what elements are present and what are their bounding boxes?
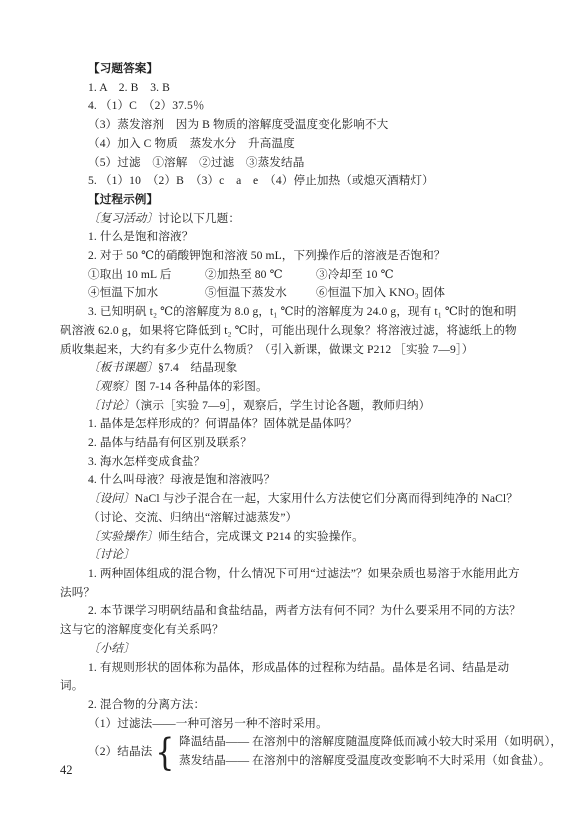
discuss2-item: 1. 两种固体组成的混合物，什么情况下可用“过滤法”？如果杂质也易溶于水能用此方…	[60, 565, 522, 602]
discuss2-item: 2. 本节课学习明矾结晶和食盐结晶，两者方法有何不同？为什么要采用不同的方法？这…	[60, 602, 522, 639]
separation-method-2: （2）结晶法 { 降温结晶—— 在溶剂中的溶解度随温度降低而减小较大时采用（如明…	[60, 733, 522, 770]
question2-options-row2: ④恒温下加水 ⑤恒温下蒸发水 ⑥恒温下加入 KNO₃ 固体	[60, 284, 522, 303]
review-question-3: 3. 已知明矾 t₂ ℃的溶解度为 8.0 g，t₁ ℃时的溶解度为 24.0 …	[60, 303, 522, 359]
answer-line: （4）加入 C 物质 蒸发水分 升高温度	[60, 135, 522, 154]
option-6: ⑥恒温下加入 KNO₃ 固体	[316, 284, 522, 303]
brace-glyph: {	[156, 734, 175, 771]
option-4: ④恒温下加水	[60, 284, 205, 303]
summary-label: 〔小结〕	[88, 642, 135, 655]
review-question-2: 2. 对于 50 ℃的硝酸钾饱和溶液 50 mL，下列操作后的溶液是否饱和？	[60, 247, 522, 266]
process-section-heading: 【过程示例】	[60, 191, 522, 210]
observe-line: 〔观察〕图 7-14 各种晶体的彩图。	[60, 378, 522, 397]
method2-item-cooling: 降温结晶—— 在溶剂中的溶解度随温度降低而减小较大时采用（如明矾），	[179, 733, 562, 752]
answer-line: （5）过滤 ①溶解 ②过滤 ③蒸发结晶	[60, 154, 522, 173]
discuss1-text: （演示［实验 7—9］，观察后，学生讨论各题，教师归纳）	[135, 399, 431, 412]
answer-line: （3）蒸发溶剂 因为 B 物质的溶解度受温度变化影响不大	[60, 116, 522, 135]
summary-line: 〔小结〕	[60, 640, 522, 659]
discuss1-item: 4. 什么叫母液？母液是饱和溶液吗？	[60, 471, 522, 490]
review-activity-text: 讨论以下几题：	[158, 212, 240, 225]
discuss2-label: 〔讨论〕	[88, 548, 135, 561]
experiment-line: 〔实验操作〕师生结合，完成课文 P214 的实验操作。	[60, 528, 522, 547]
board-topic-label: 〔板书课题〕	[88, 361, 158, 374]
discuss1-item: 1. 晶体是怎样形成的？何谓晶体？固体就是晶体吗？	[60, 415, 522, 434]
summary-item: 2. 混合物的分离方法：	[60, 696, 522, 715]
method2-item-evaporation: 蒸发结晶—— 在溶剂中的溶解度受温度改变影响不大时采用（如食盐）。	[179, 752, 562, 771]
option-1: ①取出 10 mL 后	[60, 266, 205, 285]
discuss1-item: 2. 晶体与结晶有何区别及联系？	[60, 434, 522, 453]
page-content: 【习题答案】 1. A 2. B 3. B 4. （1）C （2）37.5％ （…	[60, 60, 522, 771]
page-number: 42	[60, 763, 73, 778]
ask-line: 〔设问〕NaCl 与沙子混合在一起，大家用什么方法使它们分离而得到纯净的 NaC…	[60, 490, 522, 509]
method2-prefix: （2）结晶法	[88, 743, 152, 762]
summary-item: 1. 有规则形状的固体称为晶体，形成晶体的过程称为结晶。晶体是名词、结晶是动词。	[60, 659, 522, 696]
review-activity-line: 〔复习活动〕讨论以下几题：	[60, 210, 522, 229]
experiment-text: 师生结合，完成课文 P214 的实验操作。	[158, 530, 364, 543]
discuss1-label: 〔讨论〕	[88, 399, 135, 412]
option-2: ②加热至 80 ℃	[205, 266, 316, 285]
separation-method-1: （1）过滤法——一种可溶另一种不溶时采用。	[60, 715, 522, 734]
answer-line: 1. A 2. B 3. B	[60, 79, 522, 98]
observe-text: 图 7-14 各种晶体的彩图。	[135, 380, 268, 393]
ask-text: NaCl 与沙子混合在一起，大家用什么方法使它们分离而得到纯净的 NaCl？	[135, 492, 518, 505]
answers-section-heading: 【习题答案】	[60, 60, 522, 79]
ask-label: 〔设问〕	[88, 492, 135, 505]
board-topic-text: §7.4 结晶现象	[158, 361, 237, 374]
observe-label: 〔观察〕	[88, 380, 135, 393]
option-3: ③冷却至 10 ℃	[316, 266, 522, 285]
review-activity-label: 〔复习活动〕	[88, 212, 158, 225]
board-topic-line: 〔板书课题〕§7.4 结晶现象	[60, 359, 522, 378]
question2-options-row1: ①取出 10 mL 后 ②加热至 80 ℃ ③冷却至 10 ℃	[60, 266, 522, 285]
option-5: ⑤恒温下蒸发水	[205, 284, 316, 303]
discuss1-line: 〔讨论〕（演示［实验 7—9］，观察后，学生讨论各题，教师归纳）	[60, 397, 522, 416]
experiment-label: 〔实验操作〕	[88, 530, 158, 543]
discuss1-item: 3. 海水怎样变成食盐？	[60, 453, 522, 472]
document-page: 【习题答案】 1. A 2. B 3. B 4. （1）C （2）37.5％ （…	[0, 0, 582, 818]
discuss2-line: 〔讨论〕	[60, 546, 522, 565]
answer-line: 5. （1）10 （2）B （3）c a e （4）停止加热（或熄灭酒精灯）	[60, 172, 522, 191]
ask-note: （讨论、交流、归纳出“溶解过滤蒸发”）	[60, 509, 522, 528]
answer-line: 4. （1）C （2）37.5％	[60, 97, 522, 116]
method2-items: 降温结晶—— 在溶剂中的溶解度随温度降低而减小较大时采用（如明矾）， 蒸发结晶—…	[179, 733, 562, 770]
review-question-1: 1. 什么是饱和溶液？	[60, 228, 522, 247]
